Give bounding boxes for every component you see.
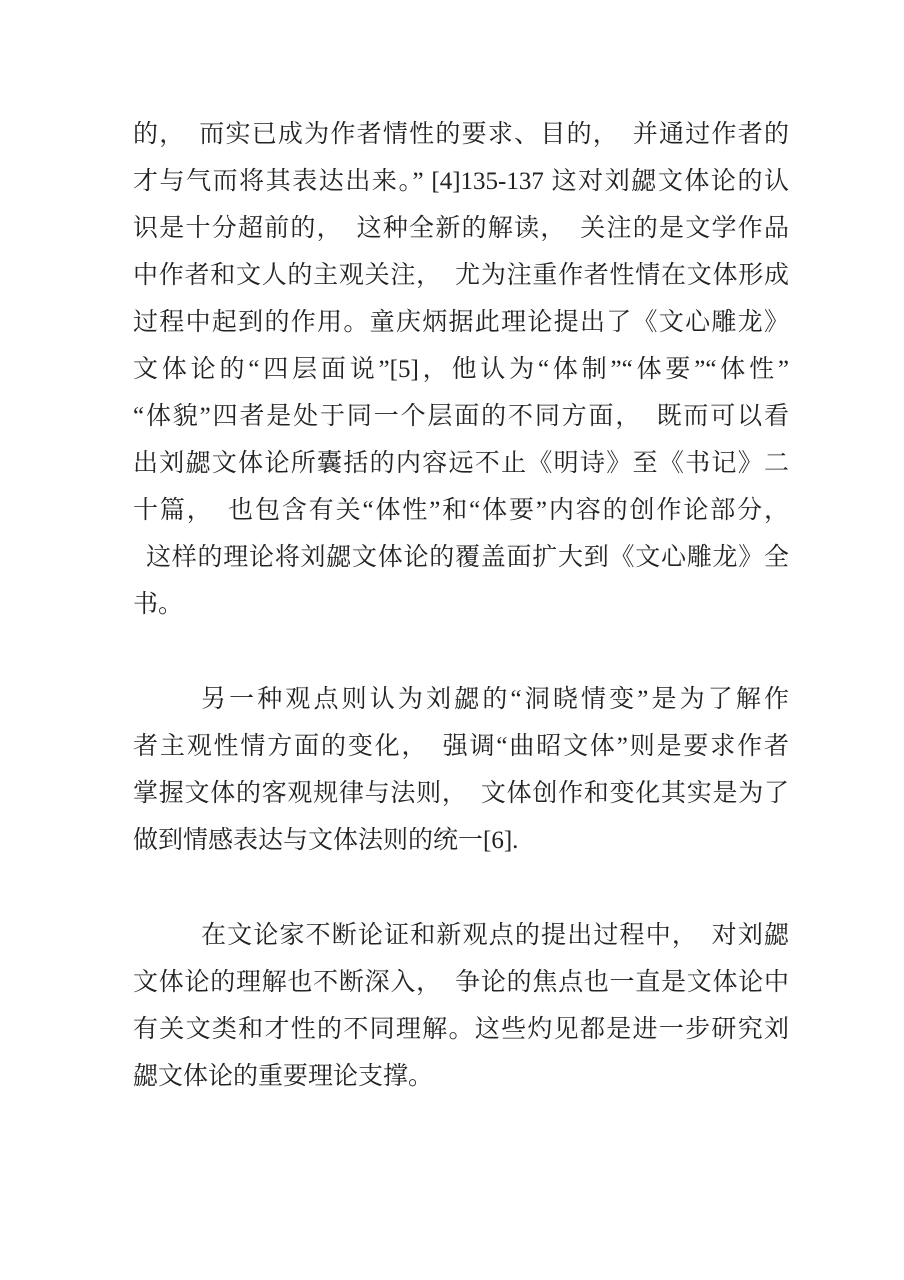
text-line: 识是十分超前的， 这种全新的解读， 关注的是文学作品 [133,205,789,252]
text-line: 掌握文体的客观规律与法则， 文体创作和变化其实是为了 [133,770,789,817]
text-line: 另一种观点则认为刘勰的“洞晓情变”是为了解作 [133,676,789,723]
text-line: 中作者和文人的主观关注， 尤为注重作者性情在文体形成 [133,252,789,299]
text-line: 文体论的“四层面说”[5]，他认为“体制”“体要”“体性” [133,346,789,393]
text-line: 的， 而实已成为作者情性的要求、目的， 并通过作者的 [133,111,789,158]
paragraph-2: 另一种观点则认为刘勰的“洞晓情变”是为了解作者主观性情方面的变化， 强调“曲昭文… [133,676,789,864]
text-line: 者主观性情方面的变化， 强调“曲昭文体”则是要求作者 [133,723,789,770]
text-block: 的， 而实已成为作者情性的要求、目的， 并通过作者的才与气而将其表达出来。” [… [133,111,789,1148]
text-line: 这样的理论将刘勰文体论的覆盖面扩大到《文心雕龙》全 [133,534,789,581]
document-page: 的， 而实已成为作者情性的要求、目的， 并通过作者的才与气而将其表达出来。” [… [0,0,904,1280]
paragraph-1: 的， 而实已成为作者情性的要求、目的， 并通过作者的才与气而将其表达出来。” [… [133,111,789,628]
text-line: 出刘勰文体论所囊括的内容远不止《明诗》至《书记》二 [133,440,789,487]
text-line: 十篇， 也包含有关“体性”和“体要”内容的创作论部分， [133,487,789,534]
text-line: 在文论家不断论证和新观点的提出过程中， 对刘勰 [133,912,789,959]
text-line: 做到情感表达与文体法则的统一[6]. [133,817,789,864]
text-line: 书。 [133,581,789,628]
paragraph-3: 在文论家不断论证和新观点的提出过程中， 对刘勰文体论的理解也不断深入， 争论的焦… [133,912,789,1100]
text-line: 过程中起到的作用。童庆炳据此理论提出了《文心雕龙》 [133,299,789,346]
text-line: 才与气而将其表达出来。” [4]135-137 这对刘勰文体论的认 [133,158,789,205]
text-line: 文体论的理解也不断深入， 争论的焦点也一直是文体论中 [133,959,789,1006]
text-line: “体貌”四者是处于同一个层面的不同方面， 既而可以看 [133,393,789,440]
text-line: 勰文体论的重要理论支撑。 [133,1053,789,1100]
text-line: 有关文类和才性的不同理解。这些灼见都是进一步研究刘 [133,1006,789,1053]
